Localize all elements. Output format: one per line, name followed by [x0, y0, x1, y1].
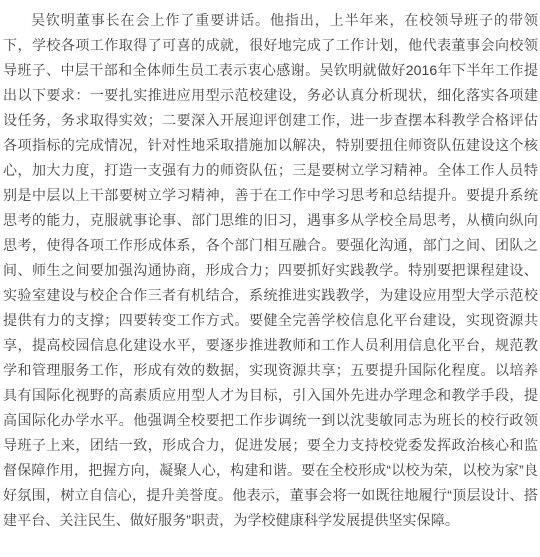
article-page: 吴钦明董事长在会上作了重要讲话。他指出，上半年来，在校领导班子的带领下，学校各项… [0, 0, 540, 557]
article-paragraph: 吴钦明董事长在会上作了重要讲话。他指出，上半年来，在校领导班子的带领下，学校各项… [3, 8, 538, 533]
